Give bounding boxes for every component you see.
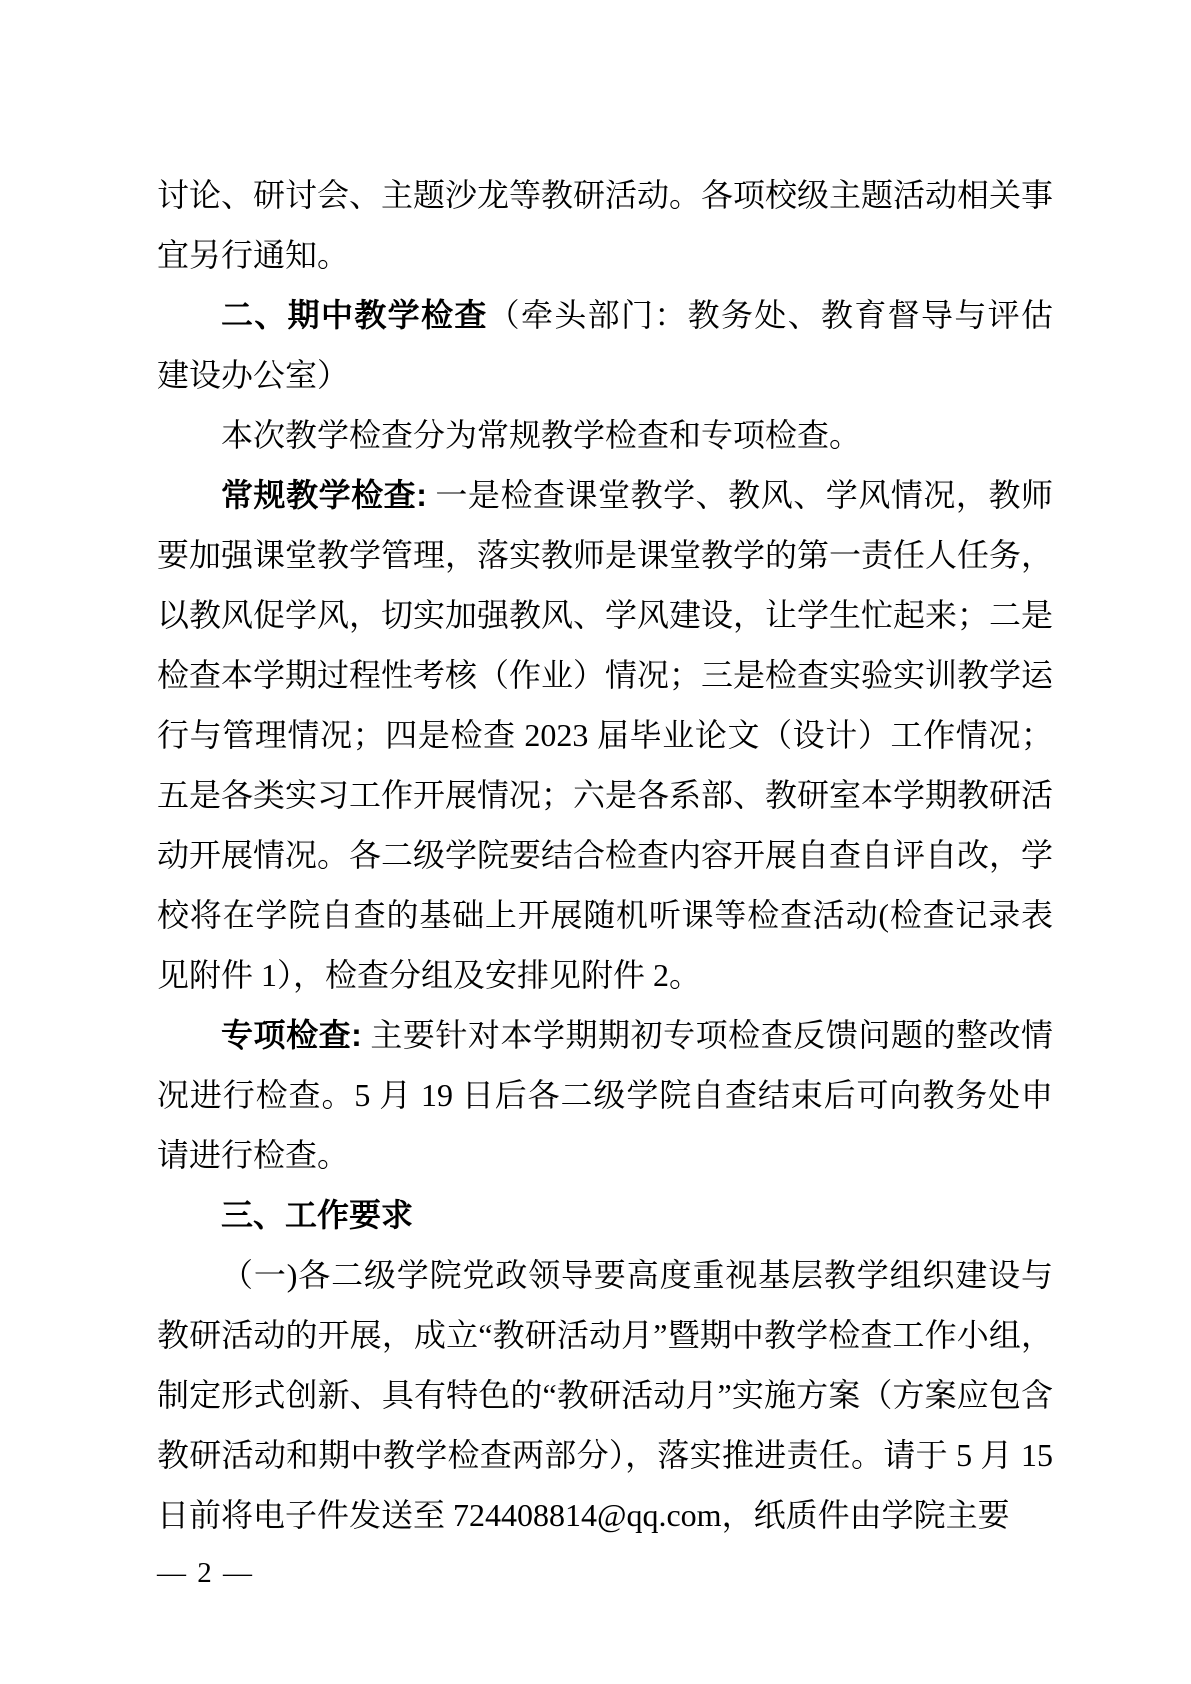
document-body: 讨论、研讨会、主题沙龙等教研活动。各项校级主题活动相关事宜另行通知。二、期中教学… xyxy=(157,165,1053,1545)
heading-text-segment: 二、期中教学检查 xyxy=(221,297,488,333)
paragraph: 三、工作要求 xyxy=(157,1185,1053,1245)
body-text-segment: 一是检查课堂教学、教风、学风情况，教师要加强课堂教学管理，落实教师是课堂教学的第… xyxy=(157,477,1053,993)
paragraph: 二、期中教学检查（牵头部门：教务处、教育督导与评估建设办公室） xyxy=(157,285,1053,405)
body-text-segment: 讨论、研讨会、主题沙龙等教研活动。各项校级主题活动相关事宜另行通知。 xyxy=(157,177,1053,273)
paragraph: （一)各二级学院党政领导要高度重视基层教学组织建设与教研活动的开展，成立“教研活… xyxy=(157,1245,1053,1545)
paragraph: 常规教学检查: 一是检查课堂教学、教风、学风情况，教师要加强课堂教学管理，落实教… xyxy=(157,465,1053,1005)
heading-text-segment: 专项检查: xyxy=(221,1017,362,1053)
body-text-segment: 本次教学检查分为常规教学检查和专项检查。 xyxy=(221,417,861,453)
document-page: 讨论、研讨会、主题沙龙等教研活动。各项校级主题活动相关事宜另行通知。二、期中教学… xyxy=(0,0,1191,1684)
paragraph: 讨论、研讨会、主题沙龙等教研活动。各项校级主题活动相关事宜另行通知。 xyxy=(157,165,1053,285)
paragraph: 本次教学检查分为常规教学检查和专项检查。 xyxy=(157,405,1053,465)
paragraph: 专项检查: 主要针对本学期期初专项检查反馈问题的整改情况进行检查。5 月 19 … xyxy=(157,1005,1053,1185)
heading-text-segment: 三、工作要求 xyxy=(221,1197,413,1233)
heading-text-segment: 常规教学检查: xyxy=(221,477,427,513)
page-number: — 2 — xyxy=(157,1551,254,1595)
body-text-segment: （一)各二级学院党政领导要高度重视基层教学组织建设与教研活动的开展，成立“教研活… xyxy=(157,1257,1053,1533)
